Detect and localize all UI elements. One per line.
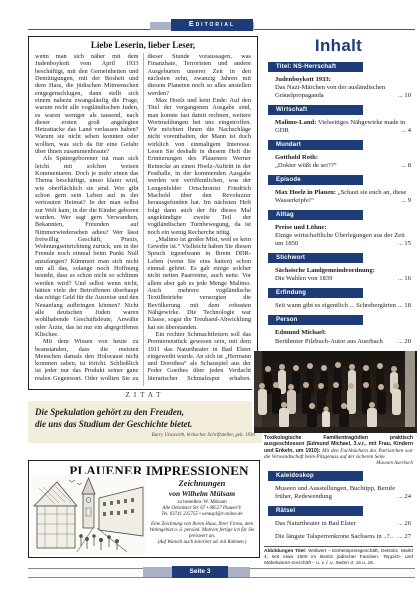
toc-section-header: Stichwort bbox=[268, 253, 363, 263]
toc-entry: Max Hoelz in Plauen: „Schaut sie euch an… bbox=[275, 189, 411, 205]
toc-entry: Museen und Ausstellungen, Buchtipp, Beru… bbox=[275, 485, 411, 501]
toc-sections-top: Titel: NS-HerrschaftJudenboykott 1933:Da… bbox=[262, 62, 415, 346]
toc-page-number: ... 10 bbox=[398, 92, 411, 100]
toc-entry: Edmund Michael:Berühmter Pilzbuch-Autor … bbox=[275, 329, 411, 345]
toc-page-number: ... 20 bbox=[398, 338, 411, 346]
toc-sections-bottom: KaleidoskopMuseen und Ausstellungen, Buc… bbox=[262, 471, 415, 541]
quote-attribution: Barry Unsworth, britischer Schriftstelle… bbox=[35, 433, 255, 438]
quote-label: ZITAT bbox=[28, 391, 262, 399]
toc-section-header: Episode bbox=[268, 175, 363, 185]
toc-page-number: ... 15 bbox=[398, 240, 411, 248]
toc-page-number: ... 4 bbox=[401, 127, 411, 135]
page-number-badge: Seite 3 bbox=[172, 566, 228, 578]
editorial-paragraph: „Malimo ist großer Mist, weil es kein Ge… bbox=[148, 236, 252, 331]
editorial-banner: Editorial bbox=[171, 19, 253, 31]
toc-entry: Das Naturtheater in Bad Elster ... 26 bbox=[275, 520, 411, 528]
ad-subtitle-1: Zeichnungen bbox=[148, 478, 256, 489]
toc-entry: Malimo-Land: Vielseitiges Nähgewirke mad… bbox=[275, 119, 411, 135]
magazine-editorial-page: { "page": { "banner_label": "Editorial",… bbox=[0, 0, 420, 594]
toc-entry: Preise und Löhne:Einige wirtschaftliche … bbox=[275, 224, 411, 248]
toc-section-header: Erfindung bbox=[268, 288, 363, 298]
toc-figure: Toxikologische Familientragödien praktis… bbox=[252, 351, 415, 467]
toc-column: Inhalt Titel: NS-HerrschaftJudenboykott … bbox=[262, 36, 415, 571]
toc-section-header: Person bbox=[268, 315, 363, 325]
toc-section-header: Kaleidoskop bbox=[268, 471, 363, 481]
toc-page-number: ... 27 bbox=[398, 533, 411, 541]
toc-section-header: Alltag bbox=[268, 210, 363, 220]
toc-title: Inhalt bbox=[262, 36, 415, 56]
editorial-text-columns: wenn man sich näher mit dem Judenboykott… bbox=[35, 53, 251, 386]
toc-page-number: ... 9 bbox=[401, 197, 411, 205]
toc-entry: Sächsische Landgemeindeordnung:Die Wahle… bbox=[275, 267, 411, 283]
quote-section: ZITAT Die Spekulation gehört zu den Freu… bbox=[28, 391, 262, 443]
editorial-paragraph: Als Spätergeborener tut man sich leicht … bbox=[35, 155, 139, 338]
toc-section-header: Wirtschaft bbox=[268, 105, 363, 115]
fineprint-lead: Abbildungen Titel: bbox=[264, 549, 306, 554]
ad-contact: Tel. 03741 225755 • wmuspl@t-online.de bbox=[148, 512, 256, 518]
toc-page-number: ... 8 bbox=[401, 162, 411, 170]
toc-page-number: ... 26 bbox=[398, 520, 411, 528]
toc-page-number: ... 24 bbox=[398, 493, 411, 501]
editorial-title: Liebe Leserin, lieber Leser, bbox=[35, 40, 251, 50]
advertisement-box: PLAUENER IMPRESSIONEN bbox=[28, 460, 260, 558]
toc-section-header: Rätsel bbox=[268, 506, 363, 516]
toc-page-number: ... 18 bbox=[398, 302, 411, 310]
photo-caption: Toxikologische Familientragödien praktis… bbox=[264, 435, 413, 467]
toc-section-header: Mundart bbox=[268, 140, 363, 150]
quote-box: Die Spekulation gehört zu den Freuden, d… bbox=[28, 401, 262, 443]
toc-section-header: Titel: NS-Herrschaft bbox=[268, 62, 363, 72]
editorial-paragraph: wenn man sich näher mit dem Judenboykott… bbox=[35, 53, 139, 155]
toc-entry: Die längste Talsperrenkrone Sachsens in … bbox=[275, 533, 411, 541]
toc-entry: Gotthold Roth:„Dokter wüßt de sei??“ ...… bbox=[275, 154, 411, 170]
ad-subtitle-2: von Wilhelm Mülsam bbox=[148, 489, 256, 498]
toc-page-number: ... 16 bbox=[398, 275, 411, 283]
street-scene-drawing-image bbox=[31, 474, 146, 555]
ad-offer-text: Eine Zeichnung von Ihrem Haus, Ihrer Fir… bbox=[148, 522, 256, 541]
editorial-letter-box: Liebe Leserin, lieber Leser, wenn man si… bbox=[28, 36, 258, 390]
editorial-paragraph: Max Hoelz und kein Ende: Auf den Titel d… bbox=[148, 97, 252, 236]
quote-line-2: die uns das Studium der Geschichte biete… bbox=[35, 419, 255, 431]
quote-line-1: Die Spekulation gehört zu den Freuden, bbox=[35, 407, 255, 419]
ad-note: (Auf Wunsch auch koloriert od. mit Rahme… bbox=[148, 540, 256, 546]
toc-entry: Judenboykott 1933:Das Nazi-Märchen von d… bbox=[275, 76, 411, 100]
family-photo-image bbox=[252, 351, 417, 433]
toc-entry: Seit wann gibt es eigentlich ... Schrebe… bbox=[275, 302, 411, 310]
photo-credit: Museum Auerbach bbox=[264, 461, 413, 467]
ad-text-block: Zeichnungen von Wilhelm Mülsam zu bestel… bbox=[148, 478, 256, 546]
